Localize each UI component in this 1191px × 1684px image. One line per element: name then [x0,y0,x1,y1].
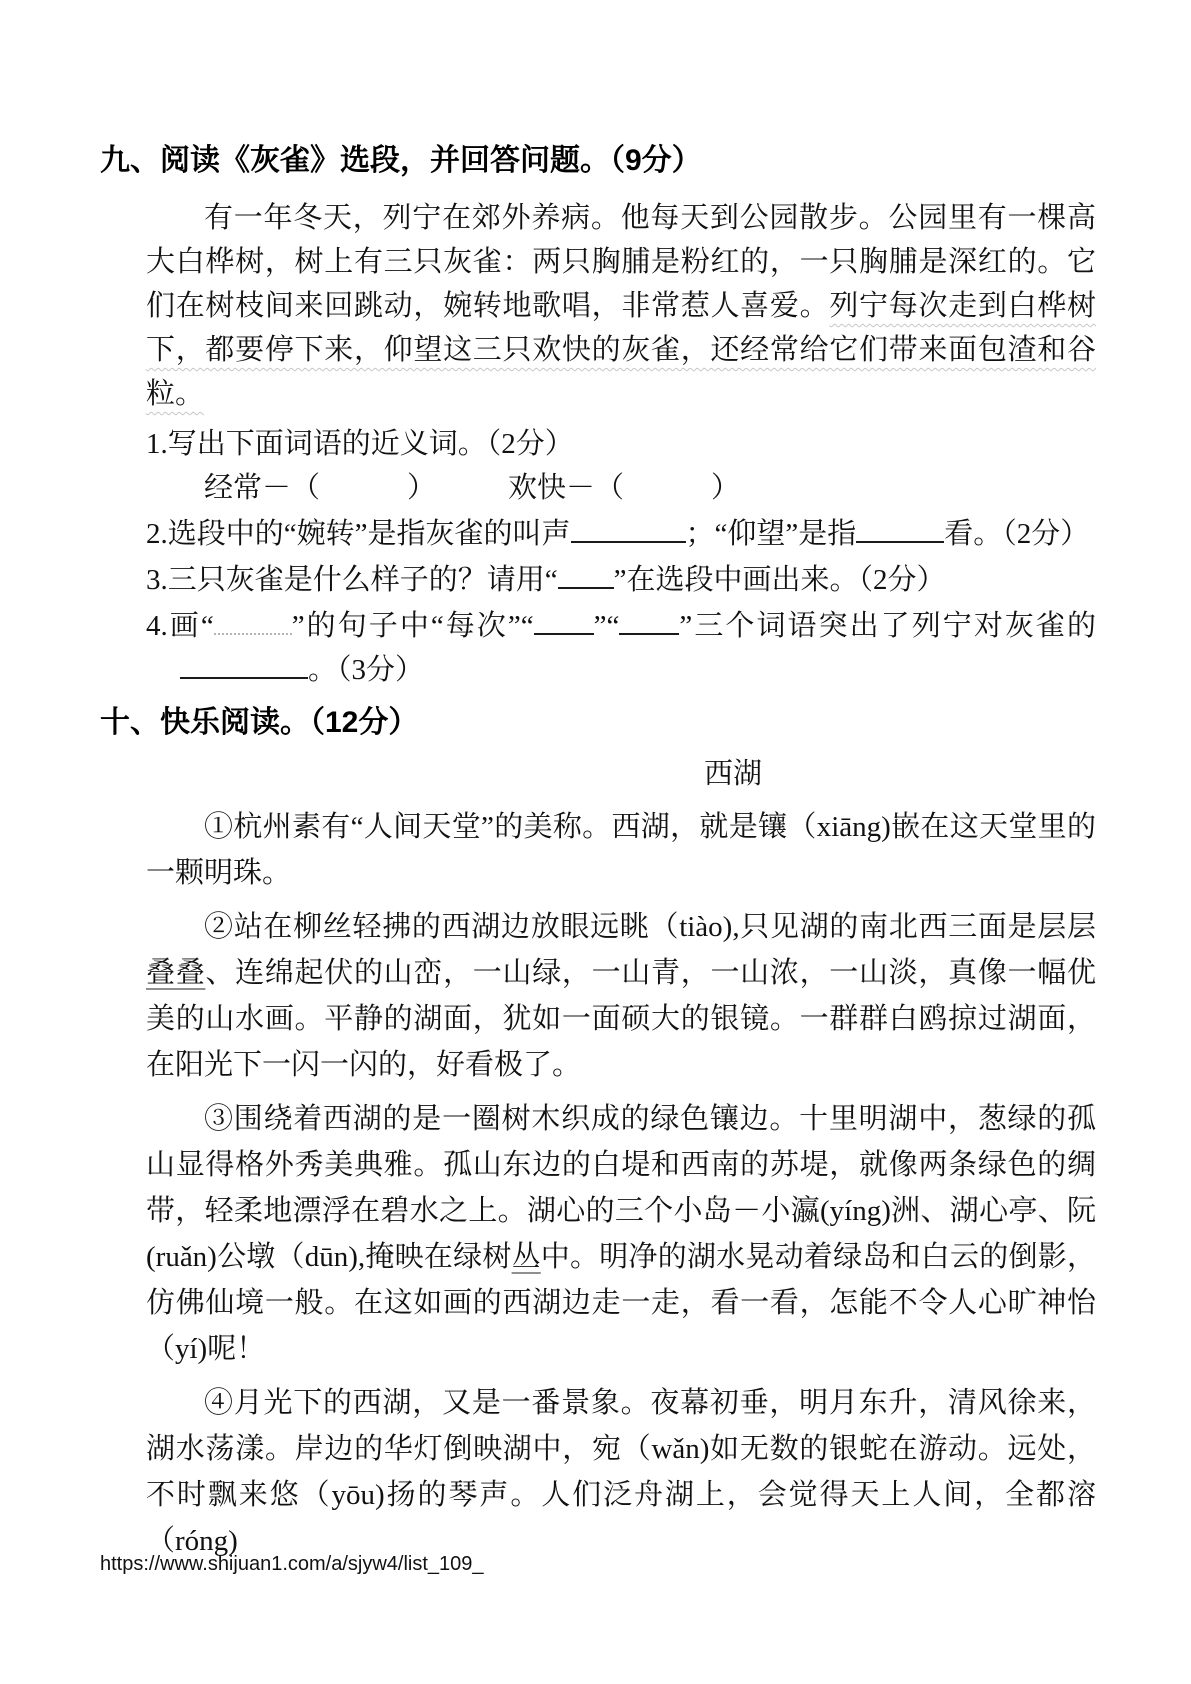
reading-passage-xihu: ①杭州素有“人间天堂”的美称。西湖，就是镶（xiāng)嵌在这天堂里的一颗明珠。… [146,804,1096,1564]
answer-blank [856,518,944,543]
paragraph-2-text-2: 、连绵起伏的山峦，一山绿，一山青，一山浓，一山淡，真像一幅优美的山水画。平静的湖… [146,957,1096,1081]
synonym-pair-2: 欢快－（ ） [508,472,740,504]
question-4-text-4: ”三个词语突出了列宁对灰雀的 [679,610,1096,642]
reading-passage-huique: 有一年冬天，列宁在郊外养病。他每天到公园散步。公园里有一棵高大白桦树，树上有三只… [146,196,1096,416]
question-1: 1.写出下面词语的近义词。（2分） 经常－（ ）欢快－（ ） [146,422,1096,510]
question-4-text-2: ”的句子中“每次”“ [292,610,534,642]
section-10-heading: 十、快乐阅读。（12分） [100,704,1096,742]
exam-page: 九、阅读《灰雀》选段，并回答问题。（9分） 有一年冬天，列宁在郊外养病。他每天到… [0,0,1191,1684]
paragraph-1: ①杭州素有“人间天堂”的美称。西湖，就是镶（xiāng)嵌在这天堂里的一颗明珠。 [146,804,1096,896]
wavy-line-blank [214,610,292,635]
question-1-pairs: 经常－（ ）欢快－（ ） [146,466,1096,510]
answer-blank [180,654,308,679]
question-4-text-1: 4.画“ [146,610,214,642]
question-1-text: 1.写出下面词语的近义词。（2分） [146,422,1096,466]
question-2-text-3: 看。（2分） [944,518,1089,550]
footer-url: https://www.shijuan1.com/a/sjyw4/list_10… [100,1553,484,1576]
paragraph-4: ④月光下的西湖，又是一番景象。夜幕初垂，明月东升，清风徐来，湖水荡漾。岸边的华灯… [146,1380,1096,1564]
question-2-text-2: ；“仰望”是指 [686,518,857,550]
question-2-text-1: 2.选段中的“婉转”是指灰雀的叫声 [146,518,571,550]
question-4: 4.画“”的句子中“每次”“”“”三个词语突出了列宁对灰雀的。（3分） [146,604,1096,692]
paragraph-3: ③围绕着西湖的是一圈树木织成的绿色镶边。十里明湖中，葱绿的孤山显得格外秀美典雅。… [146,1096,1096,1372]
solid-line-blank [558,564,614,589]
underlined-word-diedie: 叠叠 [146,957,205,989]
section-9-questions: 1.写出下面词语的近义词。（2分） 经常－（ ）欢快－（ ） 2.选段中的“婉转… [146,422,1096,692]
answer-blank [571,518,686,543]
question-3: 3.三只灰雀是什么样子的？请用“”在选段中画出来。（2分） [146,558,1096,602]
question-3-text-2: ”在选段中画出来。（2分） [614,564,946,596]
section-9-heading: 九、阅读《灰雀》选段，并回答问题。（9分） [100,142,1096,180]
question-2: 2.选段中的“婉转”是指灰雀的叫声；“仰望”是指看。（2分） [146,512,1096,556]
question-3-text-1: 3.三只灰雀是什么样子的？请用“ [146,564,558,596]
question-4-text-3: ”“ [594,610,620,642]
page-content: 九、阅读《灰雀》选段，并回答问题。（9分） 有一年冬天，列宁在郊外养病。他每天到… [100,142,1096,1564]
answer-blank [619,610,679,635]
paragraph-2: ②站在柳丝轻拂的西湖边放眼远眺（tiào),只见湖的南北西三面是层层叠叠、连绵起… [146,904,1096,1088]
passage-title-xihu: 西湖 [100,752,1096,796]
synonym-pair-1: 经常－（ ） [204,472,436,504]
paragraph-2-text-1: ②站在柳丝轻拂的西湖边放眼远眺（tiào),只见湖的南北西三面是层层 [204,911,1096,943]
answer-blank [534,610,594,635]
underlined-word-cong: 丛 [512,1241,541,1273]
question-4-text-5: 。（3分） [308,654,424,686]
